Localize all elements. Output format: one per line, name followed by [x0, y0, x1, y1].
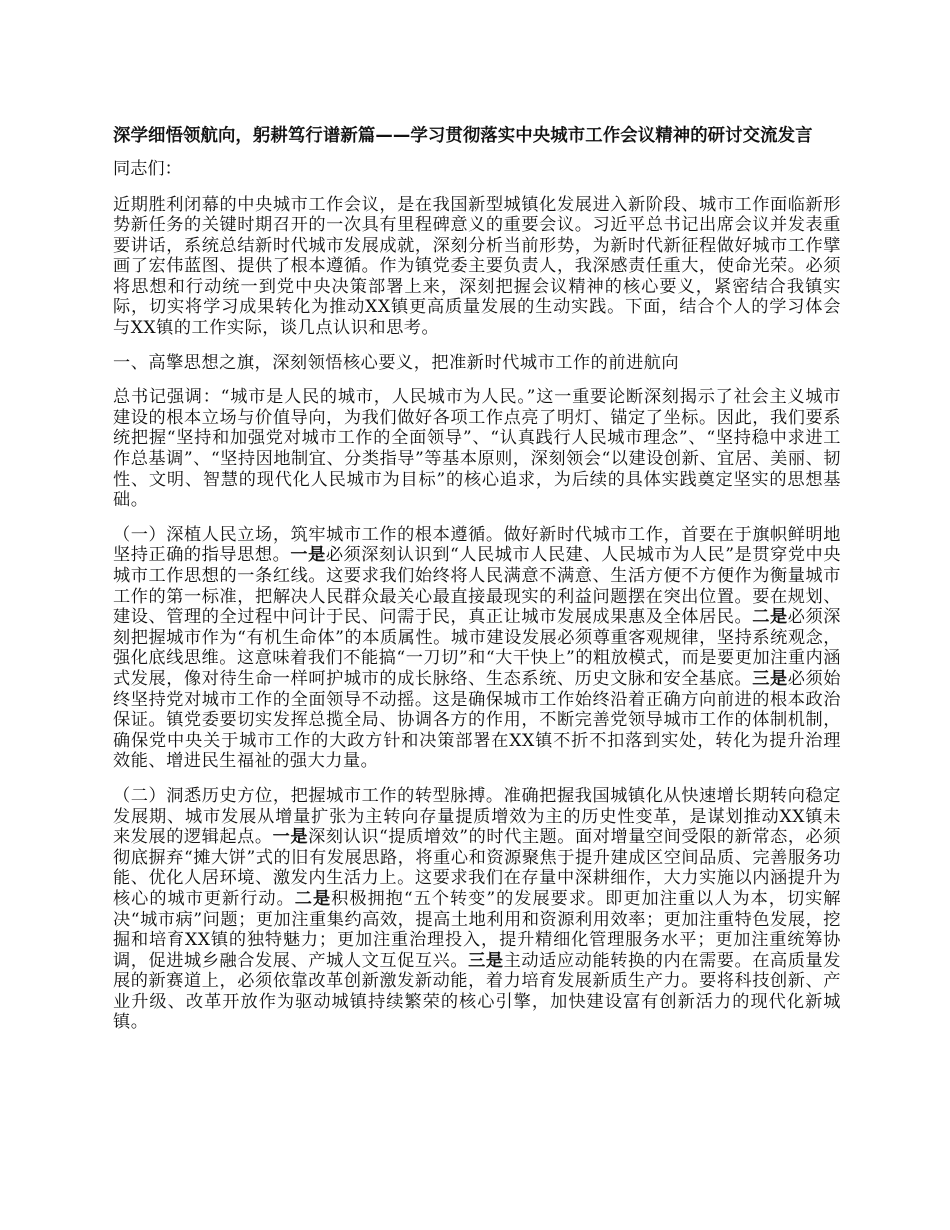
point-label-3: 三是: [468, 951, 504, 971]
point-label-1: 一是: [273, 827, 308, 847]
point-label-2: 二是: [752, 607, 788, 627]
point-label-3: 三是: [752, 669, 788, 689]
point-label-2: 二是: [295, 889, 331, 909]
section-1-lead-paragraph: 总书记强调：“城市是人民的城市，人民城市为人民。”这一重要论断深刻揭示了社会主义…: [113, 387, 841, 511]
point-label-1: 一是: [290, 545, 325, 565]
document-title: 深学细悟领航向，躬耕笃行谱新篇——学习贯彻落实中央城市工作会议精神的研讨交流发言: [113, 126, 841, 147]
intro-paragraph: 近期胜利闭幕的中央城市工作会议，是在我国新型城镇化发展进入新阶段、城市工作面临新…: [113, 195, 841, 339]
document-page: 深学细悟领航向，躬耕笃行谱新篇——学习贯彻落实中央城市工作会议精神的研讨交流发言…: [113, 126, 841, 1047]
subsection-2-paragraph: （二）洞悉历史方位，把握城市工作的转型脉搏。准确把握我国城镇化从快速增长期转向稳…: [113, 786, 841, 1033]
subsection-1-paragraph: （一）深植人民立场，筑牢城市工作的根本遵循。做好新时代城市工作，首要在于旗帜鲜明…: [113, 525, 841, 772]
salutation: 同志们：: [113, 159, 841, 180]
section-heading-1: 一、高擎思想之旗，深刻领悟核心要义，把准新时代城市工作的前进航向: [113, 353, 841, 374]
